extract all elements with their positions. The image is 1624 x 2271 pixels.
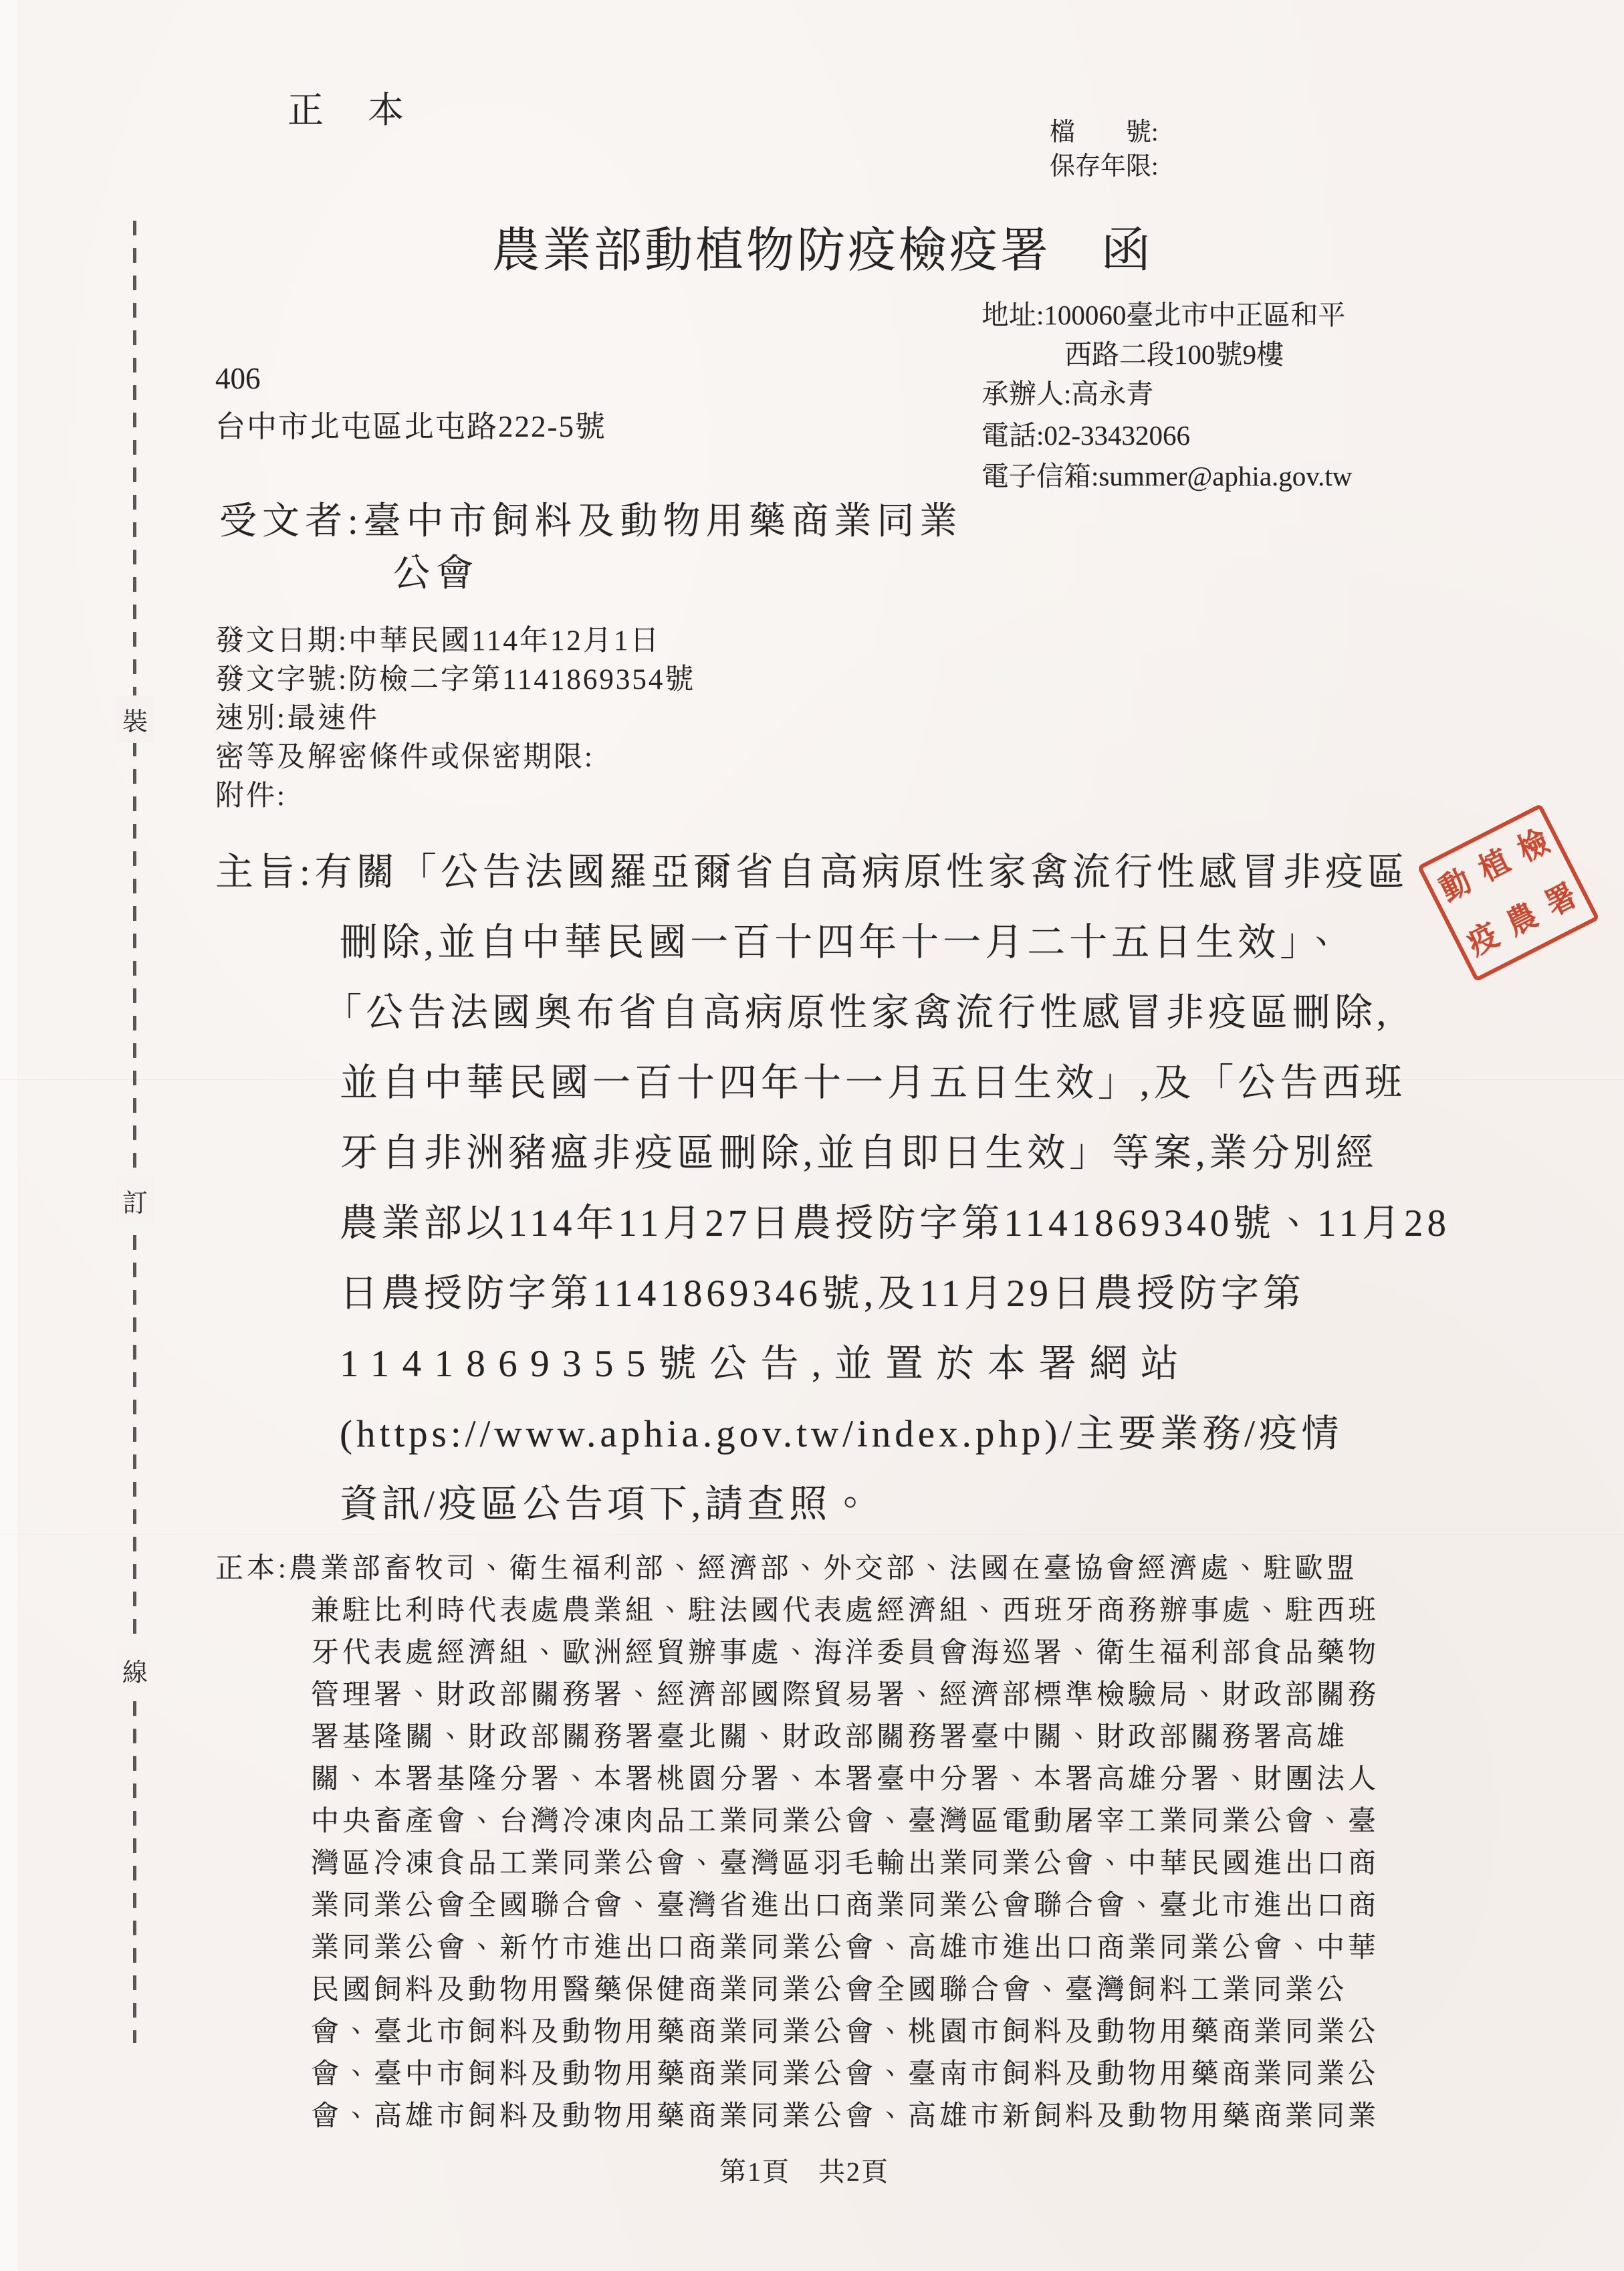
recipient-name-line1: 受文者:臺中市飼料及動物用藥商業同業 <box>219 492 963 545</box>
recipient-postal-code: 406 <box>215 361 261 396</box>
distribution-line: 灣區冷凍食品工業同業公會、臺灣區羽毛輸出業同業公會、中華民國進出口商 <box>311 1841 1379 1881</box>
binding-mark-zhuang: 裝 <box>116 695 154 743</box>
binding-mark-ding: 訂 <box>116 1177 154 1224</box>
page-number-footer: 第1頁 共2頁 <box>719 2151 889 2189</box>
distribution-line: 署基隆關、財政部關務署臺北關、財政部關務署臺中關、財政部關務署高雄 <box>311 1715 1348 1755</box>
official-red-seal-stamp: 動 植 檢 疫 農 署 <box>1417 803 1599 982</box>
scanned-official-letter-page: 裝 訂 線 正 本 檔 號: 保存年限: 農業部動植物防疫檢疫署 函 地址:10… <box>0 0 1624 2271</box>
distribution-line: 牙代表處經濟組、歐洲經貿辦事處、海洋委員會海巡署、衛生福利部食品藥物 <box>311 1630 1379 1670</box>
subject-line: 「公告法國奧布省自高病原性家禽流行性感冒非疫區刪除, <box>324 982 1390 1037</box>
stamp-character: 疫 <box>1463 919 1504 960</box>
distribution-line: 會、臺北市飼料及動物用藥商業同業公會、桃園市飼料及動物用藥商業同業公 <box>311 2010 1379 2050</box>
distribution-line: 關、本署基隆分署、本署桃園分署、本署臺中分署、本署高雄分署、財團法人 <box>311 1757 1379 1797</box>
distribution-line: 會、高雄市飼料及動物用藥商業同業公會、高雄市新飼料及動物用藥商業同業 <box>311 2094 1379 2134</box>
security-classification: 密等及解密條件或保密期限: <box>215 734 594 775</box>
subject-line: 牙自非洲豬瘟非疫區刪除,並自即日生效」等案,業分別經 <box>340 1122 1378 1177</box>
sender-address-line2: 西路二段100號9樓 <box>1064 332 1284 372</box>
issue-date: 發文日期:中華民國114年12月1日 <box>215 618 661 659</box>
binding-dashed-line <box>133 221 136 2043</box>
subject-line: 日農授防字第1141869346號,及11月29日農授防字第 <box>340 1263 1305 1317</box>
subject-line: 農業部以114年11月27日農授防字第1141869340號、11月28 <box>340 1192 1450 1247</box>
file-number-label: 檔 號: <box>1050 111 1159 148</box>
sender-phone: 電話:02-33432066 <box>981 413 1190 453</box>
recipient-street-address: 台中市北屯區北屯路222-5號 <box>215 402 606 445</box>
stamp-character: 署 <box>1540 879 1581 921</box>
subject-line: 主旨:有關「公告法國羅亞爾省自高病原性家禽流行性感冒非疫區 <box>215 841 1409 896</box>
distribution-line: 民國飼料及動物用醫藥保健商業同業公會全國聯合會、臺灣飼料工業同業公 <box>311 1967 1348 2008</box>
subject-line: 並自中華民國一百十四年十一月五日生效」,及「公告西班 <box>340 1052 1406 1107</box>
priority-level: 速別:最速件 <box>215 695 379 736</box>
subject-line: 資訊/疫區公告項下,請查照。 <box>340 1473 873 1528</box>
distribution-line: 業同業公會全國聯合會、臺灣省進出口商業同業公會聯合會、臺北市進出口商 <box>311 1883 1379 1923</box>
sender-contact-person: 承辦人:高永青 <box>981 372 1153 411</box>
subject-line: 1141869355號公告,並置於本署網站 <box>340 1333 1191 1388</box>
stamp-character: 檢 <box>1513 825 1554 867</box>
document-title: 農業部動植物防疫檢疫署 函 <box>492 211 1153 281</box>
sender-address-line1: 地址:100060臺北市中正區和平 <box>981 293 1345 332</box>
copy-type-label: 正 本 <box>287 82 408 133</box>
stamp-character: 農 <box>1502 899 1542 940</box>
distribution-line: 業同業公會、新竹市進出口商業同業公會、高雄市進出口商業同業公會、中華 <box>311 1925 1379 1965</box>
distribution-line: 兼駐比利時代表處農業組、駐法國代表處經濟組、西班牙商務辦事處、駐西班 <box>311 1588 1379 1628</box>
recipient-name-line2: 公會 <box>393 544 479 597</box>
reference-number: 發文字號:防檢二字第1141869354號 <box>215 657 695 697</box>
distribution-line: 正本:農業部畜牧司、衛生福利部、經濟部、外交部、法國在臺協會經濟處、駐歐盟 <box>215 1546 1358 1586</box>
scan-edge-strip <box>0 0 17 2271</box>
distribution-line: 會、臺中市飼料及動物用藥商業同業公會、臺南市飼料及動物用藥商業同業公 <box>311 2052 1379 2092</box>
sender-email: 電子信箱:summer@aphia.gov.tw <box>981 454 1352 494</box>
retention-period-label: 保存年限: <box>1050 145 1159 182</box>
paper-fold-crease <box>0 1533 1624 1535</box>
stamp-character: 動 <box>1435 865 1476 906</box>
subject-line-url: (https://www.aphia.gov.tw/index.php)/主要業… <box>340 1403 1343 1458</box>
distribution-line: 中央畜產會、台灣冷凍肉品工業同業公會、臺灣區電動屠宰工業同業公會、臺 <box>311 1799 1379 1839</box>
subject-line: 刪除,並自中華民國一百十四年十一月二十五日生效」、 <box>340 911 1345 966</box>
attachment-label: 附件: <box>215 773 287 814</box>
binding-mark-xian: 線 <box>116 1646 154 1694</box>
distribution-line: 管理署、財政部關務署、經濟部國際貿易署、經濟部標準檢驗局、財政部關務 <box>311 1672 1379 1713</box>
stamp-character: 植 <box>1474 845 1515 886</box>
